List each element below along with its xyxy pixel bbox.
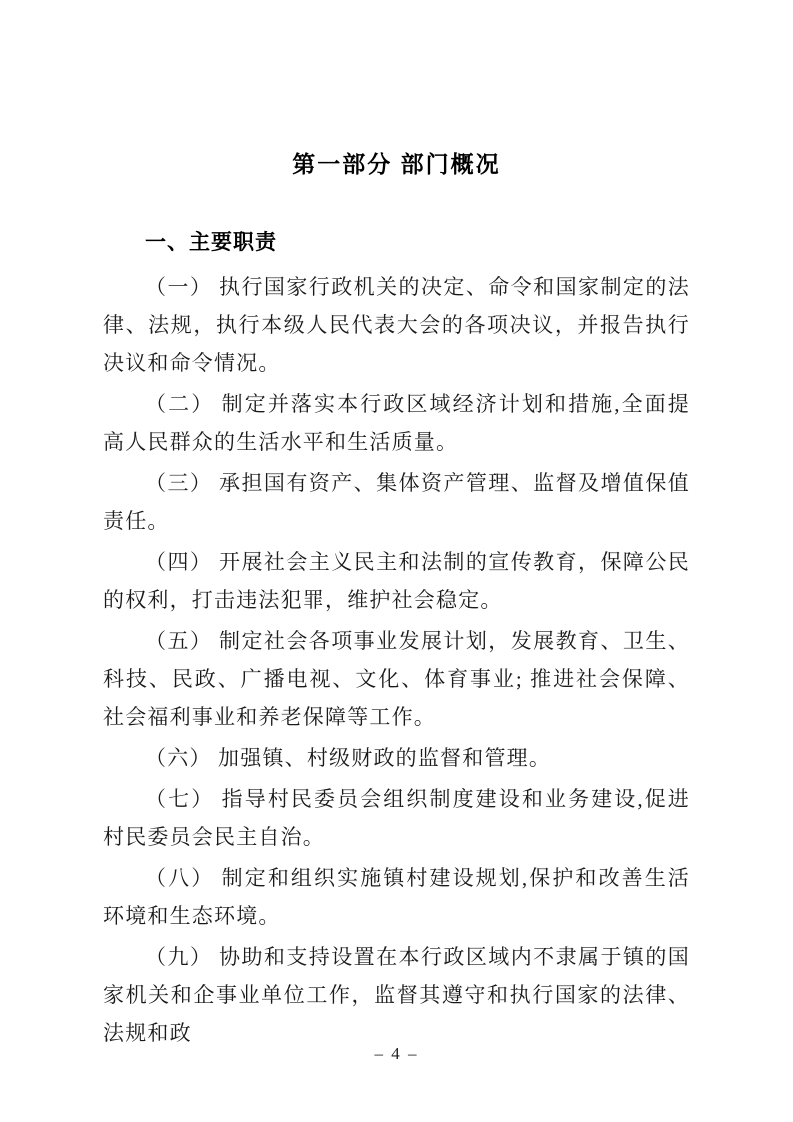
paragraph-duty-3: （三） 承担国有资产、集体资产管理、监督及增值保值责任。: [103, 464, 690, 540]
document-body: （一） 执行国家行政机关的决定、命令和国家制定的法律、法规，执行本级人民代表大会…: [103, 268, 690, 1052]
page-title: 第一部分 部门概况: [0, 0, 793, 177]
paragraph-duty-2: （二） 制定并落实本行政区域经济计划和措施,全面提高人民群众的生活水平和生活质量…: [103, 385, 690, 461]
paragraph-duty-6: （六） 加强镇、村级财政的监督和管理。: [103, 739, 690, 777]
paragraph-duty-7: （七） 指导村民委员会组织制度建设和业务建设,促进村民委员会民主自治。: [103, 780, 690, 856]
paragraph-duty-1: （一） 执行国家行政机关的决定、命令和国家制定的法律、法规，执行本级人民代表大会…: [103, 268, 690, 382]
section-heading: 一、主要职责: [103, 232, 690, 254]
paragraph-duty-4: （四） 开展社会主义民主和法制的宣传教育，保障公民的权利，打击违法犯罪，维护社会…: [103, 543, 690, 619]
paragraph-duty-8: （八） 制定和组织实施镇村建设规划,保护和改善生活环境和生态环境。: [103, 859, 690, 935]
page-footer: – 4 –: [0, 1044, 793, 1064]
document-page: 第一部分 部门概况 一、主要职责 （一） 执行国家行政机关的决定、命令和国家制定…: [0, 0, 793, 1122]
paragraph-duty-9: （九） 协助和支持设置在本行政区域内不隶属于镇的国家机关和企事业单位工作，监督其…: [103, 938, 690, 1052]
paragraph-duty-5: （五） 制定社会各项事业发展计划，发展教育、卫生、科技、民政、广播电视、文化、体…: [103, 622, 690, 736]
page-number: – 4 –: [375, 1044, 419, 1063]
